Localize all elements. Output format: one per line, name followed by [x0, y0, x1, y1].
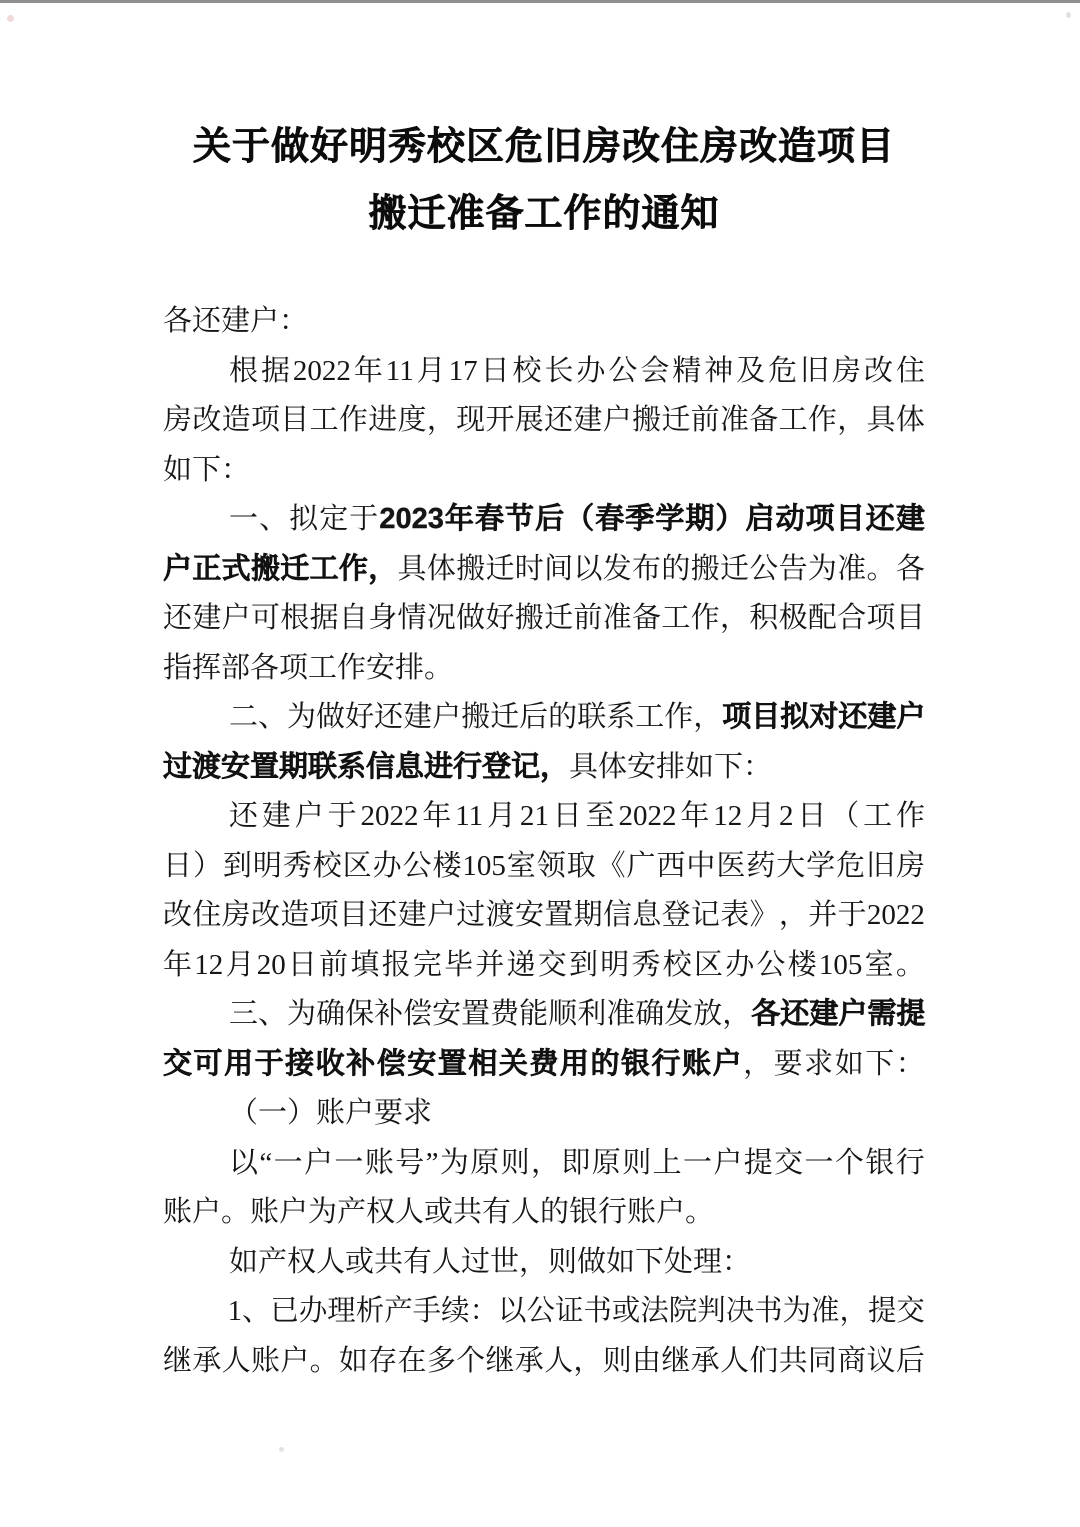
bold-text: 春 — [595, 495, 624, 545]
bold-text: 建 — [867, 693, 896, 743]
body-text: 建 — [192, 594, 221, 644]
body-text: 楼 — [432, 842, 461, 892]
body-text: 中 — [686, 842, 715, 892]
body-text: 以 — [498, 1287, 526, 1337]
bold-text: 户 — [896, 693, 925, 743]
body-text: ） — [193, 842, 222, 892]
body-text: 为 — [440, 1139, 469, 1189]
text-line: 还建户于2022年11月21日至2022年12月2日（工作 — [163, 792, 925, 842]
body-text: 公 — [527, 1287, 555, 1337]
text-line: 过渡安置期联系信息进行登记，具体安排如下： — [163, 743, 925, 793]
body-text: 户 — [603, 396, 632, 446]
body-text: 。 — [867, 545, 896, 595]
body-text: 作 — [664, 693, 693, 743]
bold-text: 目 — [751, 693, 780, 743]
body-text: 改 — [864, 347, 893, 397]
body-text: 系 — [606, 693, 635, 743]
body-text: 室 — [507, 842, 536, 892]
body-text: 还 — [544, 396, 573, 446]
body-text: 、 — [258, 693, 287, 743]
body-text: 住 — [192, 891, 221, 941]
bold-text: 春 — [475, 495, 504, 545]
body-text: 日 — [163, 842, 192, 892]
bold-text: 安 — [407, 1040, 436, 1090]
body-text: 前 — [319, 941, 348, 991]
body-text: 好 — [345, 693, 374, 743]
bold-text: 季 — [625, 495, 654, 545]
body-text: 迁 — [485, 545, 514, 595]
text-line: 如产权人或共有人过世，则做如下处理： — [163, 1238, 925, 1288]
body-text: 备 — [749, 396, 778, 446]
text-line: 三、为确保补偿安置费能顺利准确发放，各还建户需提 — [163, 990, 925, 1040]
body-text: 到 — [569, 941, 598, 991]
text-line: 指挥部各项工作安排。 — [163, 644, 925, 694]
body-text: 旧 — [866, 842, 895, 892]
body-text: 项 — [310, 891, 339, 941]
body-text: 们 — [749, 1337, 778, 1387]
body-text: 体 — [427, 545, 456, 595]
body-text: 提 — [868, 1287, 896, 1337]
body-text: 准 — [720, 396, 749, 446]
body-text: ， — [427, 396, 456, 446]
bold-text: ） — [715, 495, 744, 545]
text-line: 根据2022年11月17日校长办公会精神及危旧房改住 — [163, 347, 925, 397]
bold-text: 各 — [751, 990, 780, 1040]
body-text: 取 — [567, 842, 596, 892]
bold-text: 还 — [838, 693, 867, 743]
body-text: 办 — [725, 941, 754, 991]
body-text: 室 — [865, 941, 894, 991]
body-text: ， — [531, 1139, 560, 1189]
body-text: 号 — [395, 1139, 424, 1189]
body-text: 账 — [365, 1139, 394, 1189]
body-text: 置 — [461, 990, 490, 1040]
bold-text: 账 — [682, 1040, 711, 1090]
body-text: 105 — [462, 842, 506, 892]
body-text: 12 — [194, 941, 223, 991]
body-text: 过 — [456, 891, 485, 941]
body-text: 行 — [896, 1139, 925, 1189]
body-text: 项 — [251, 396, 280, 446]
body-text: 危 — [768, 347, 797, 397]
body-text: 21 — [520, 792, 549, 842]
body-text: 一 — [334, 1139, 363, 1189]
body-text: 公 — [756, 941, 785, 991]
body-text: 则 — [603, 1337, 632, 1387]
body-text: 布 — [632, 545, 661, 595]
body-text: 工 — [635, 693, 664, 743]
body-text: 现 — [456, 396, 485, 446]
body-text: 一 — [274, 1139, 303, 1189]
body-text: 广 — [627, 842, 656, 892]
body-text: 同 — [808, 1337, 837, 1387]
body-text: 定 — [319, 495, 348, 545]
body-text: ， — [720, 594, 749, 644]
body-text: 院 — [669, 1287, 697, 1337]
body-text: 期 — [574, 891, 603, 941]
body-text: 根 — [229, 347, 258, 397]
body-text: 补 — [374, 990, 403, 1040]
body-text: 如下： — [163, 454, 250, 486]
body-text: 具 — [867, 396, 896, 446]
body-text: 提 — [744, 1139, 773, 1189]
text-line: 继承人账户。如存在多个继承人，则由继承人们共同商议后 — [163, 1337, 925, 1387]
body-text: 时 — [515, 545, 544, 595]
text-line: 还建户可根据自身情况做好搬迁前准备工作，积极配合项目 — [163, 594, 925, 644]
body-text: 建 — [403, 693, 432, 743]
body-text: 迁 — [720, 545, 749, 595]
body-text: 建 — [262, 792, 291, 842]
body-text: 准 — [837, 545, 866, 595]
text-line: 日）到明秀校区办公楼105室领取《广西中医药大学危旧房 — [163, 842, 925, 892]
bold-text: 项 — [722, 693, 751, 743]
body-text: 秀 — [283, 842, 312, 892]
body-text: 自 — [339, 594, 368, 644]
body-text: 西 — [656, 842, 685, 892]
body-text: 迁 — [490, 693, 519, 743]
bold-text: 行 — [652, 1040, 681, 1090]
body-text: 递 — [507, 941, 536, 991]
body-text: 下 — [865, 1040, 894, 1090]
body-text: 进 — [368, 396, 397, 446]
body-text: 搬 — [515, 594, 544, 644]
body-text: 一 — [229, 495, 258, 545]
body-text: 学 — [806, 842, 835, 892]
body-text: 大 — [776, 842, 805, 892]
body-text: 个 — [456, 1337, 485, 1387]
body-text: 承 — [515, 1337, 544, 1387]
body-text: 做 — [456, 594, 485, 644]
body-text: 书 — [754, 1287, 782, 1337]
body-text: 一 — [683, 1139, 712, 1189]
body-text: 确 — [316, 990, 345, 1040]
body-text: 秀 — [631, 941, 660, 991]
body-text: 一 — [805, 1139, 834, 1189]
body-text: 及 — [736, 347, 765, 397]
text-line: 1、已办理析产手续：以公证书或法院判决书为准，提交 — [163, 1287, 910, 1337]
bold-text: 可 — [194, 1040, 223, 1090]
body-text: 据 — [310, 594, 339, 644]
body-text: 明 — [253, 842, 282, 892]
bold-text: 拟 — [780, 693, 809, 743]
body-text: 准 — [606, 990, 635, 1040]
body-text: 公 — [749, 545, 778, 595]
body-text: 信 — [603, 891, 632, 941]
body-text: 拟 — [289, 495, 318, 545]
body-text: 理 — [327, 1287, 355, 1337]
body-text: 户 — [427, 891, 456, 941]
body-text: 区 — [343, 842, 372, 892]
body-text: 能 — [519, 990, 548, 1040]
body-text: 房 — [163, 396, 192, 446]
body-text: 告 — [779, 545, 808, 595]
body-text: 2022 — [361, 792, 419, 842]
body-text: 2022 — [867, 891, 925, 941]
body-text: 。 — [310, 1337, 339, 1387]
title-line: 搬迁准备工作的通知 — [163, 181, 925, 248]
bold-text: 户 — [713, 1040, 742, 1090]
body-text: 偿 — [403, 990, 432, 1040]
text-line: 账户。账户为产权人或共有人的银行账户。 — [163, 1188, 925, 1238]
body-text: ” — [426, 1139, 439, 1189]
body-text: 明 — [600, 941, 629, 991]
body-text: 三 — [229, 990, 258, 1040]
text-line: 房改造项目工作进度，现开展还建户搬迁前准备工作，具体 — [163, 396, 925, 446]
body-text: 身 — [368, 594, 397, 644]
body-text: 则 — [622, 1139, 651, 1189]
body-text: 户 — [432, 693, 461, 743]
body-text: 药 — [746, 842, 775, 892]
body-text: 至 — [586, 792, 615, 842]
bold-text: 作 — [339, 545, 368, 595]
body-text: 完 — [413, 941, 442, 991]
body-text: 领 — [537, 842, 566, 892]
body-text: 积 — [749, 594, 778, 644]
text-line: 以“一户一账号”为原则，即原则上一户提交一个银行 — [163, 1139, 925, 1189]
body-text: 还 — [163, 594, 192, 644]
body-text: 安 — [515, 891, 544, 941]
body-text: 承 — [192, 1337, 221, 1387]
body-text: 交 — [896, 1287, 924, 1337]
body-text: 作 — [896, 792, 925, 842]
body-text: 度 — [398, 396, 427, 446]
body-text: 备 — [632, 594, 661, 644]
text-line: 改住房改造项目还建户过渡安置期信息登记表》，并于2022 — [163, 891, 925, 941]
body-text: 各 — [896, 545, 925, 595]
bold-text: 于 — [255, 1040, 284, 1090]
body-text: ： — [896, 1040, 925, 1090]
body-text: 月 — [417, 347, 446, 397]
body-text: 具 — [398, 545, 427, 595]
body-text: 校 — [663, 941, 692, 991]
body-text: 交 — [538, 941, 567, 991]
body-text: 法 — [640, 1287, 668, 1337]
bold-text: 还 — [866, 495, 895, 545]
body-text: ： — [470, 1287, 498, 1337]
body-text: 校 — [513, 347, 542, 397]
body-text: 顺 — [548, 990, 577, 1040]
body-text: 续 — [441, 1287, 469, 1337]
body-text: 》 — [750, 891, 779, 941]
body-text: 年 — [354, 347, 383, 397]
bold-text: 搬 — [251, 545, 280, 595]
body-text: 多 — [427, 1337, 456, 1387]
body-text: 105 — [819, 941, 863, 991]
body-text: 日 — [797, 792, 826, 842]
body-text: 为 — [287, 990, 316, 1040]
body-text: 承 — [691, 1337, 720, 1387]
body-text: 准 — [603, 594, 632, 644]
body-text: 人 — [544, 1337, 573, 1387]
body-text: 如产权人或共有人过世，则做如下处理： — [229, 1246, 751, 1278]
body-text: 公 — [608, 347, 637, 397]
body-text: ， — [837, 396, 866, 446]
body-text: 报 — [382, 941, 411, 991]
body-text: 目 — [339, 891, 368, 941]
body-text: 公 — [403, 842, 432, 892]
body-text: 房 — [832, 347, 861, 397]
body-text: 作 — [339, 396, 368, 446]
body-text: 发 — [664, 990, 693, 1040]
body-text: 房 — [896, 842, 925, 892]
body-text: 保 — [345, 990, 374, 1040]
bold-text: 式 — [222, 545, 251, 595]
scan-speck — [7, 15, 14, 22]
body-text: 或 — [612, 1287, 640, 1337]
body-text: 日 — [288, 941, 317, 991]
bold-text: （ — [565, 495, 594, 545]
body-text: 并 — [808, 891, 837, 941]
body-text: 如 — [339, 1337, 368, 1387]
bold-text: 用 — [560, 1040, 589, 1090]
text-line: 二、为做好还建户搬迁后的联系工作，项目拟对还建户 — [163, 693, 925, 743]
bold-text: 学 — [655, 495, 684, 545]
body-text: 作 — [691, 594, 720, 644]
body-text: 放 — [693, 990, 722, 1040]
body-text: 填 — [350, 941, 379, 991]
body-text: ， — [573, 1337, 602, 1387]
body-text: 二 — [229, 693, 258, 743]
body-text: 确 — [635, 990, 664, 1040]
bold-text: 后 — [535, 495, 564, 545]
text-line: 交可用于接收补偿安置相关费用的银行账户，要求如下： — [163, 1040, 925, 1090]
body-text: 目 — [280, 396, 309, 446]
body-text: 商 — [837, 1337, 866, 1387]
body-text: 年 — [422, 792, 451, 842]
body-text: ， — [779, 891, 808, 941]
body-text: 户 — [713, 1139, 742, 1189]
body-text: 在 — [398, 1337, 427, 1387]
bold-text: 目 — [836, 495, 865, 545]
body-text: 渡 — [486, 891, 515, 941]
body-text: 办 — [373, 842, 402, 892]
body-text: 交 — [774, 1139, 803, 1189]
body-text: 造 — [280, 891, 309, 941]
body-text: （一）账户要求 — [229, 1097, 432, 1129]
body-text: 账户。账户为产权人或共有人的银行账户。 — [163, 1196, 714, 1228]
body-text: 还 — [229, 792, 258, 842]
bold-text: 置 — [438, 1040, 467, 1090]
body-text: 项 — [867, 594, 896, 644]
body-text: 到 — [223, 842, 252, 892]
title-line: 关于做好明秀校区危旧房改住房改造项目 — [163, 114, 925, 181]
body-text: 造 — [222, 396, 251, 446]
body-text: 1 — [228, 1287, 242, 1337]
body-text: 后 — [896, 1337, 925, 1387]
body-text: 可 — [251, 594, 280, 644]
body-text: 析 — [356, 1287, 384, 1337]
body-text: 搬 — [632, 396, 661, 446]
body-text: 房 — [222, 891, 251, 941]
body-text: 医 — [716, 842, 745, 892]
body-text: 个 — [835, 1139, 864, 1189]
body-text: 的 — [661, 545, 690, 595]
body-text: ， — [693, 693, 722, 743]
body-text: 搬 — [461, 693, 490, 743]
body-text: 继 — [661, 1337, 690, 1387]
body-text: 账 — [251, 1337, 280, 1387]
body-text: 开 — [485, 396, 514, 446]
body-text: 继 — [163, 1337, 192, 1387]
body-text: 旧 — [800, 347, 829, 397]
body-text: 情 — [398, 594, 427, 644]
body-text: 日 — [553, 792, 582, 842]
bold-text: ， — [368, 545, 397, 595]
body-text: 12 — [713, 792, 742, 842]
bold-text: 正 — [192, 545, 221, 595]
body-text: 工 — [863, 792, 892, 842]
body-text: 书 — [583, 1287, 611, 1337]
body-text: 于 — [349, 495, 378, 545]
scan-speck — [1066, 12, 1071, 18]
body-text: 户 — [295, 792, 324, 842]
body-text: 由 — [632, 1337, 661, 1387]
bold-text: 期 — [685, 495, 714, 545]
body-text: 、 — [242, 1287, 270, 1337]
body-text: 改 — [163, 891, 192, 941]
body-text: 原 — [592, 1139, 621, 1189]
body-text: 人 — [720, 1337, 749, 1387]
body-text: “ — [259, 1139, 272, 1189]
body-text: 原 — [470, 1139, 499, 1189]
body-text: 费 — [490, 990, 519, 1040]
bold-text: 用 — [224, 1040, 253, 1090]
bold-text: 补 — [346, 1040, 375, 1090]
body-text: 上 — [653, 1139, 682, 1189]
body-text: 工 — [779, 396, 808, 446]
body-text: ， — [840, 1287, 868, 1337]
body-text: 建 — [398, 891, 427, 941]
body-text: 办 — [299, 1287, 327, 1337]
body-text: 手 — [413, 1287, 441, 1337]
body-text: 联 — [577, 693, 606, 743]
body-text: 具体安排如下： — [569, 751, 772, 783]
body-text: ， — [743, 1040, 772, 1090]
bold-text: 节 — [505, 495, 534, 545]
body-text: 2022 — [619, 792, 677, 842]
body-text: 。 — [896, 941, 925, 991]
body-text: 以 — [573, 545, 602, 595]
body-text: 发 — [603, 545, 632, 595]
document-title: 关于做好明秀校区危旧房改住房改造项目搬迁准备工作的通知 — [163, 114, 925, 248]
body-text: 息 — [632, 891, 661, 941]
body-text: 户 — [280, 1337, 309, 1387]
bold-text: 建 — [896, 495, 925, 545]
bold-text: 启 — [746, 495, 775, 545]
bold-text: 工 — [310, 545, 339, 595]
body-text: 前 — [573, 594, 602, 644]
document-body: 各还建户：根据2022年11月17日校长办公会精神及危旧房改住房改造项目工作进度… — [163, 297, 925, 1386]
body-text: 年 — [163, 941, 192, 991]
body-text: 求 — [804, 1040, 833, 1090]
body-text: 证 — [555, 1287, 583, 1337]
body-text: 工 — [310, 396, 339, 446]
body-text: 迁 — [661, 396, 690, 446]
body-text: 2022 — [293, 347, 351, 397]
body-text: 11 — [455, 792, 483, 842]
bold-text: 对 — [809, 693, 838, 743]
body-text: 配 — [808, 594, 837, 644]
body-text: 、 — [258, 990, 287, 1040]
bold-text: 项 — [806, 495, 835, 545]
body-text: 楼 — [788, 941, 817, 991]
body-text: 户 — [222, 594, 251, 644]
bold-text: 收 — [316, 1040, 345, 1090]
body-text: 搬 — [691, 545, 720, 595]
body-text: 为 — [287, 693, 316, 743]
body-text: 则 — [501, 1139, 530, 1189]
text-line: 户正式搬迁工作，具体搬迁时间以发布的搬迁公告为准。各 — [163, 545, 925, 595]
